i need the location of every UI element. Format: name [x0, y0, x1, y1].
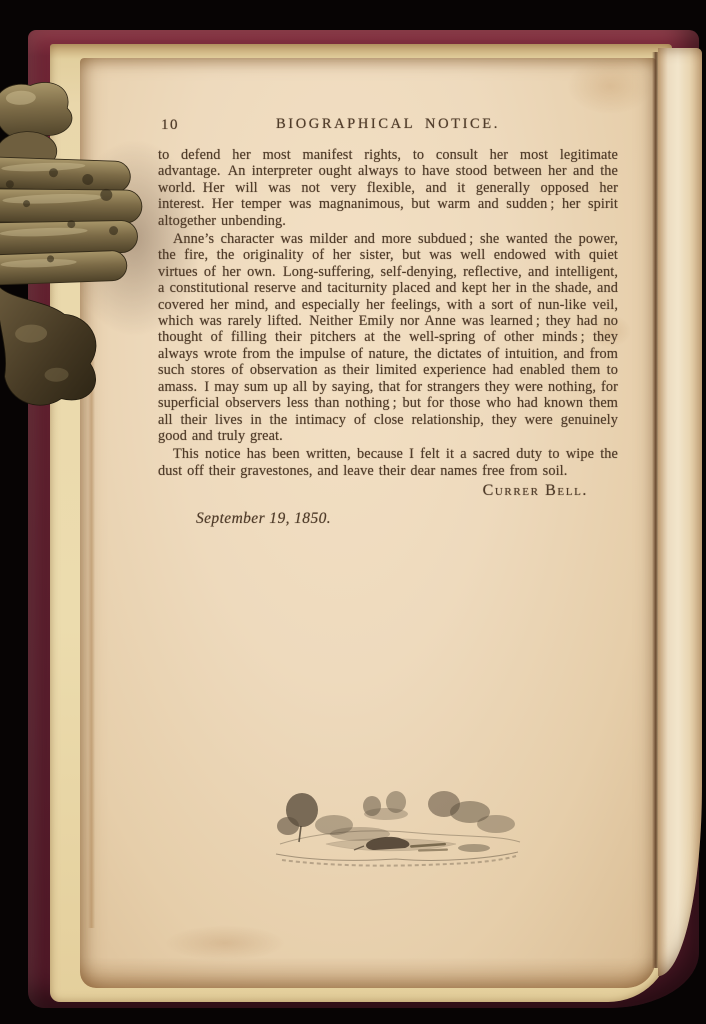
- running-header-row: 10 BIOGRAPHICAL NOTICE.: [158, 116, 618, 136]
- printed-text-column: 10 BIOGRAPHICAL NOTICE. to defend her mo…: [158, 116, 618, 528]
- paragraph-anne-character: Anne’s character was milder and more sub…: [158, 231, 618, 444]
- adjacent-page: [658, 48, 702, 976]
- running-header: BIOGRAPHICAL NOTICE.: [158, 116, 618, 133]
- brass-clasp: [0, 71, 162, 416]
- author-signature: Currer Bell.: [158, 482, 588, 500]
- paragraph-continuation: to defend her most manifest rights, to c…: [158, 147, 618, 229]
- paragraph-closing-notice: This notice has been written, because I …: [158, 446, 618, 479]
- dateline: September 19, 1850.: [196, 510, 618, 528]
- photographed-book-scene: 10 BIOGRAPHICAL NOTICE. to defend her mo…: [0, 0, 706, 1024]
- vignette-landscape-engraving-icon: [268, 782, 532, 870]
